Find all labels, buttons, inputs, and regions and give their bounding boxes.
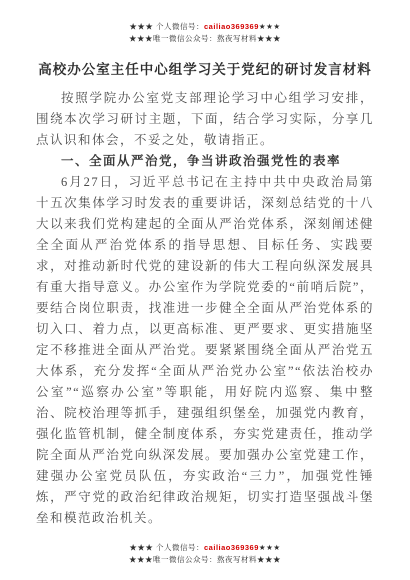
header-watermark: ★★★ 个人微信号：cailiao369369★★★ ★★★唯一微信公众号：熬夜… (0, 21, 410, 45)
star-decoration: ★★★ (257, 34, 281, 43)
star-decoration: ★★★ (257, 555, 281, 564)
star-decoration: ★★★ (259, 543, 281, 552)
star-decoration: ★★★唯一微信公众号： (129, 34, 217, 43)
paragraph-section-1-body: 6月27日，习近平总书记在主持中共中央政治局第十五次集体学习时发表的重要讲话，深… (36, 172, 374, 529)
star-decoration: ★★★ 个人微信号： (129, 543, 204, 552)
header-watermark-line-2: ★★★唯一微信公众号：熬夜写材料★★★ (0, 33, 410, 45)
footer-watermark: ★★★ 个人微信号：cailiao369369★★★ ★★★唯一微信公众号：熬夜… (0, 542, 410, 566)
wechat-account-name: 熬夜写材料 (217, 555, 257, 564)
footer-watermark-line-2: ★★★唯一微信公众号：熬夜写材料★★★ (0, 554, 410, 566)
paragraph-intro: 按照学院办公室党支部理论学习中心组学习安排，围绕本次学习研讨主题，下面，结合学习… (36, 88, 374, 151)
document-title: 高校办公室主任中心组学习关于党纪的研讨发言材料 (30, 60, 380, 80)
section-heading-1: 一、全面从严治党，争当讲政治强党性的表率 (36, 151, 374, 172)
star-decoration: ★★★ (259, 22, 281, 31)
footer-watermark-line-1: ★★★ 个人微信号：cailiao369369★★★ (0, 542, 410, 554)
star-decoration: ★★★ 个人微信号： (129, 22, 204, 31)
wechat-id-text: cailiao369369 (204, 22, 259, 31)
wechat-id-text: cailiao369369 (204, 543, 259, 552)
wechat-account-name: 熬夜写材料 (217, 34, 257, 43)
document-page: ★★★ 个人微信号：cailiao369369★★★ ★★★唯一微信公众号：熬夜… (0, 0, 410, 580)
star-decoration: ★★★唯一微信公众号： (129, 555, 217, 564)
header-watermark-line-1: ★★★ 个人微信号：cailiao369369★★★ (0, 21, 410, 33)
document-body: 按照学院办公室党支部理论学习中心组学习安排，围绕本次学习研讨主题，下面，结合学习… (36, 88, 374, 529)
